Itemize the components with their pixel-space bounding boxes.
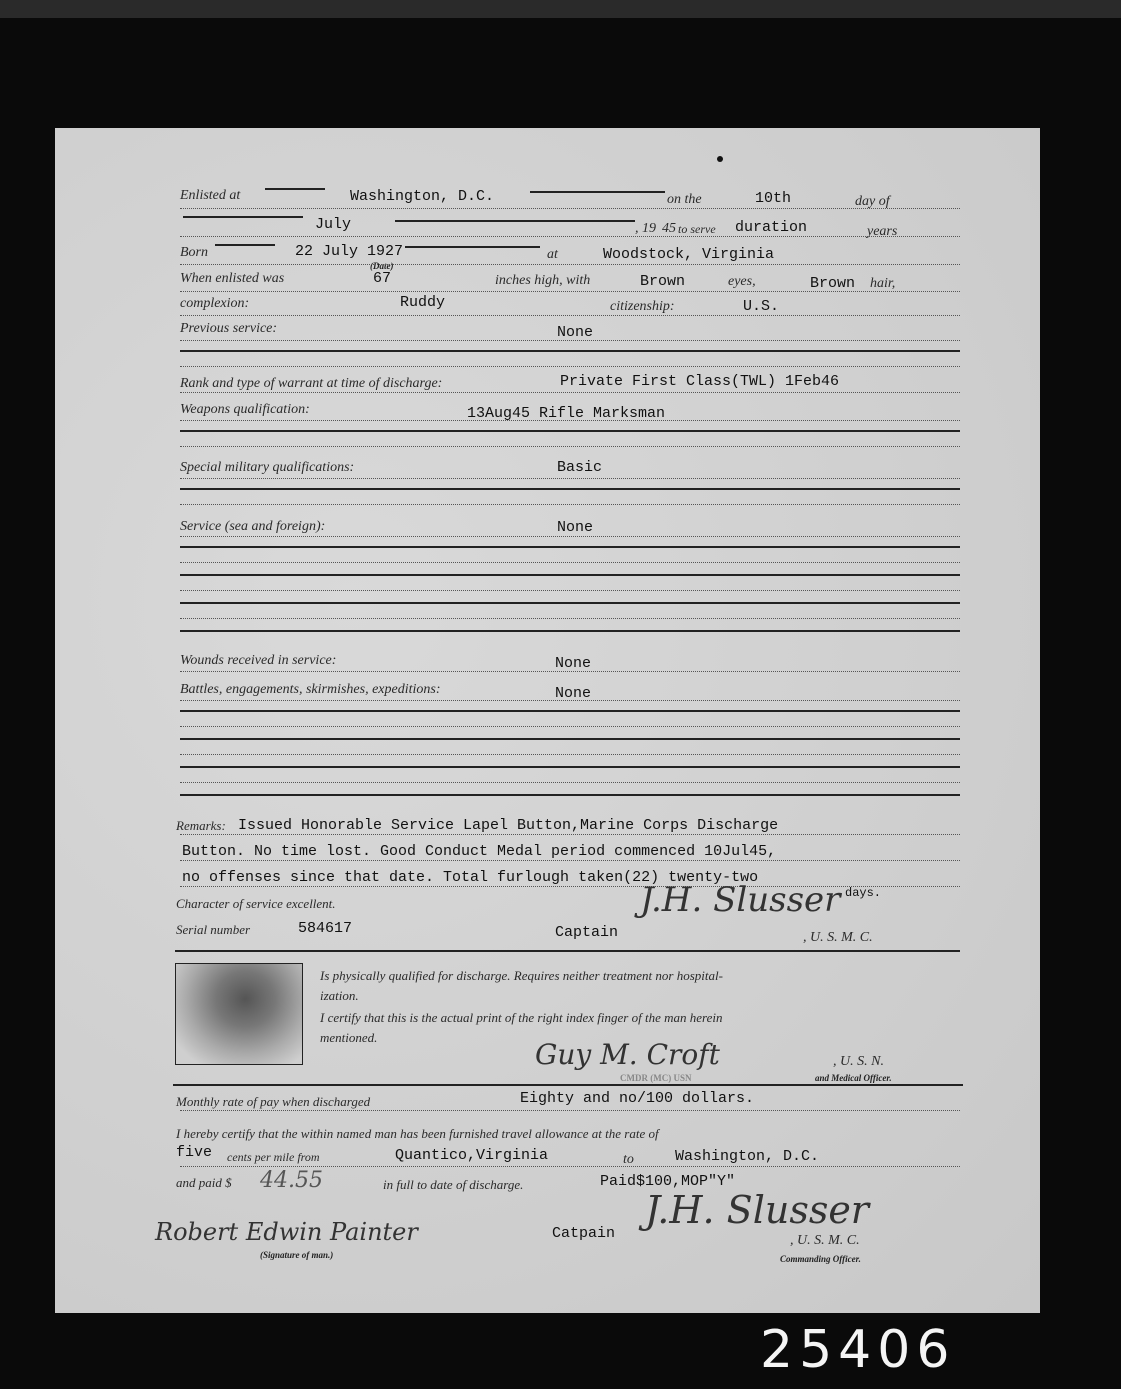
remarks-label: Remarks: <box>176 818 226 834</box>
height-value: 67 <box>373 270 391 287</box>
man-signature: Robert Edwin Painter <box>155 1218 418 1246</box>
paid-amount: 44.55 <box>260 1168 323 1193</box>
enlisted-year: 45 <box>662 221 676 237</box>
service-sea-foreign-label: Service (sea and foreign): <box>180 519 325 535</box>
rank-label: Rank and type of warrant at time of disc… <box>180 376 442 392</box>
man-signature-caption: (Signature of man.) <box>260 1250 333 1260</box>
enlisted-day: 10th <box>755 190 791 207</box>
officer-2-rank: Catpain <box>552 1225 615 1242</box>
years-label: years <box>867 224 897 240</box>
medical-line-3: I certify that this is the actual print … <box>320 1010 722 1026</box>
medical-officer-title: and Medical Officer. <box>815 1073 892 1083</box>
travel-to: Washington, D.C. <box>675 1148 819 1165</box>
officer-1-branch: , U. S. M. C. <box>803 930 873 946</box>
serial-label: Serial number <box>176 922 250 938</box>
birth-place: Woodstock, Virginia <box>603 246 774 263</box>
frame-number: 25406 <box>760 1320 955 1380</box>
born-at-label: at <box>547 247 558 263</box>
born-label: Born <box>180 245 208 261</box>
officer-2-signature: J.H. Slusser <box>645 1188 869 1232</box>
remarks-line-1: Issued Honorable Service Lapel Button,Ma… <box>238 817 778 834</box>
special-qual-label: Special military qualifications: <box>180 460 354 476</box>
officer-1-rank: Captain <box>555 924 618 941</box>
citizenship-value: U.S. <box>743 298 779 315</box>
travel-rate: five <box>176 1144 212 1161</box>
officer-1-signature: J.H. Slusser <box>640 880 840 920</box>
eye-color: Brown <box>640 273 685 290</box>
officer-2-title: Commanding Officer. <box>780 1254 861 1264</box>
battles-label: Battles, engagements, skirmishes, expedi… <box>180 682 441 698</box>
enlisted-place: Washington, D.C. <box>350 188 494 205</box>
special-qual-value: Basic <box>557 459 602 476</box>
inches-label: inches high, with <box>495 273 590 289</box>
paid-label: and paid $ <box>176 1175 232 1191</box>
punch-hole <box>717 156 723 162</box>
service-sea-foreign-value: None <box>557 519 593 536</box>
medical-line-1: Is physically qualified for discharge. R… <box>320 968 723 984</box>
wounds-value: None <box>555 655 591 672</box>
officer-2-branch: , U. S. M. C. <box>790 1233 860 1249</box>
medical-line-2: ization. <box>320 988 359 1004</box>
cents-per-mile-label: cents per mile from <box>227 1150 320 1165</box>
complexion-value: Ruddy <box>400 294 445 311</box>
travel-certify-line: I hereby certify that the within named m… <box>176 1126 659 1142</box>
film-edge <box>0 0 1121 18</box>
pay-value: Eighty and no/100 dollars. <box>520 1090 754 1107</box>
enlisted-duration: duration <box>735 219 807 236</box>
wounds-label: Wounds received in service: <box>180 653 336 669</box>
complexion-label: complexion: <box>180 296 249 312</box>
medical-branch: , U. S. N. <box>833 1054 884 1070</box>
citizenship-label: citizenship: <box>610 299 675 315</box>
to-serve-label: to serve <box>678 222 716 237</box>
serial-value: 584617 <box>298 920 352 937</box>
paid-suffix: in full to date of discharge. <box>383 1177 523 1193</box>
rank-value: Private First Class(TWL) 1Feb46 <box>560 373 839 390</box>
remarks-line-4: days. <box>845 886 881 900</box>
fingerprint-box <box>175 963 303 1065</box>
when-enlisted-label: When enlisted was <box>180 271 284 287</box>
year-label: , 19 <box>635 221 656 237</box>
pay-label: Monthly rate of pay when discharged <box>176 1094 370 1110</box>
remarks-line-2: Button. No time lost. Good Conduct Medal… <box>182 843 776 860</box>
previous-service-label: Previous service: <box>180 321 277 337</box>
birth-date: 22 July 1927 <box>295 243 403 260</box>
travel-from: Quantico,Virginia <box>395 1147 548 1164</box>
previous-service-value: None <box>557 324 593 341</box>
on-the-label: on the <box>667 192 702 208</box>
medical-line-4: mentioned. <box>320 1030 377 1046</box>
hair-label: hair, <box>870 276 895 292</box>
hair-color: Brown <box>810 275 855 292</box>
character-of-service: Character of service excellent. <box>176 896 336 912</box>
discharge-form: Enlisted at Washington, D.C. on the 10th… <box>55 128 1040 1313</box>
enlisted-month: July <box>315 216 351 233</box>
weapons-label: Weapons qualification: <box>180 402 310 418</box>
medical-officer-stamp: CMDR (MC) USN <box>620 1073 692 1083</box>
eyes-label: eyes, <box>728 274 756 290</box>
medical-officer-signature: Guy M. Croft <box>535 1038 720 1071</box>
enlisted-label: Enlisted at <box>180 188 240 204</box>
